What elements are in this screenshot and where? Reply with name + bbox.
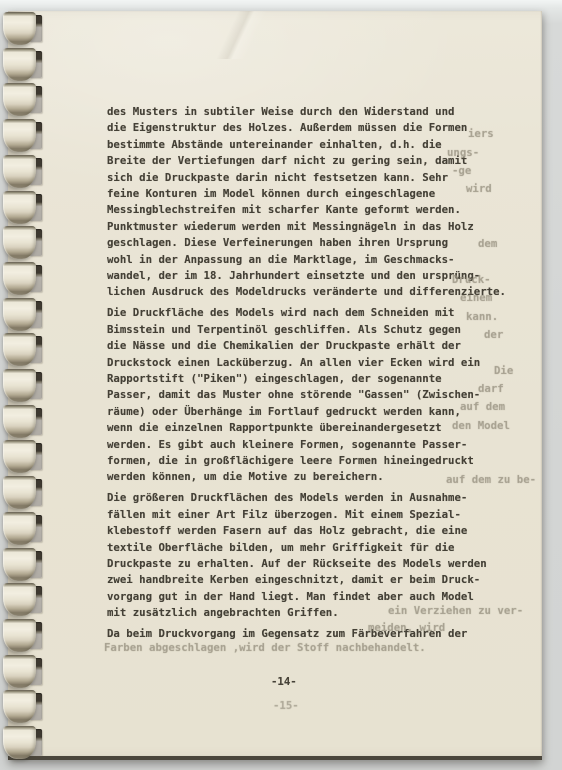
binding-comb-loop (3, 726, 36, 759)
binding-comb-loop (3, 440, 36, 473)
binding-comb-loop (3, 262, 36, 295)
paragraph-1: des Musters in subtiler Weise durch den … (107, 104, 521, 301)
binding-comb-loop (3, 226, 36, 259)
binding-comb-loop (3, 12, 36, 45)
scanned-document-backdrop: des Musters in subtiler Weise durch den … (0, 0, 562, 770)
body-text: des Musters in subtiler Weise durch den … (107, 104, 521, 647)
bleedthrough-fragment: darf (478, 382, 504, 396)
binding-comb-loop (3, 476, 36, 509)
spiral-binding (0, 0, 60, 770)
bleedthrough-fragment: Die (494, 364, 513, 378)
binding-comb-loop (3, 655, 36, 688)
bleedthrough-fragment: auf dem zu be- (446, 473, 536, 487)
bleedthrough-fragment: den Model (452, 419, 510, 433)
bleedthrough-line: Farben abgeschlagen ,wird der Stoff nach… (104, 641, 426, 655)
paragraph-3: Die größeren Druckflächen des Models wer… (107, 490, 521, 621)
bleedthrough-fragment: der (484, 328, 503, 342)
bleedthrough-fragment: iers (468, 127, 494, 141)
bleedthrough-fragment: meiden, wird (368, 621, 445, 635)
binding-comb-loop (3, 548, 36, 581)
bleedthrough-fragment: kann. (466, 310, 498, 324)
bleedthrough-fragment: ein Verziehen zu ver- (388, 604, 523, 618)
binding-comb-loop (3, 298, 36, 331)
binding-comb-loop (3, 119, 36, 152)
paragraph-2: Die Druckfläche des Models wird nach dem… (107, 305, 521, 485)
binding-comb-loop (3, 512, 36, 545)
binding-comb-loop (3, 48, 36, 81)
bleedthrough-fragment: wird (466, 182, 492, 196)
bleedthrough-fragment: -ge (452, 164, 471, 178)
binding-comb-loop (3, 619, 36, 652)
bleedthrough-fragment: dem (478, 237, 497, 251)
bleedthrough-fragment: ungs- (447, 146, 479, 160)
binding-comb-loop (3, 405, 36, 438)
binding-comb-loop (3, 690, 36, 723)
binding-comb-loop (3, 369, 36, 402)
bleedthrough-fragment: Druck- (452, 273, 491, 287)
bleedthrough-page-number: -15- (273, 699, 299, 713)
binding-comb-loop (3, 333, 36, 366)
bleedthrough-fragment: auf dem (460, 400, 505, 414)
binding-comb-loop (3, 155, 36, 188)
bleedthrough-fragment: einem (460, 291, 492, 305)
binding-comb-loop (3, 83, 36, 116)
binding-comb-loop (3, 583, 36, 616)
page-number: -14- (271, 675, 297, 689)
binding-comb-loop (3, 191, 36, 224)
